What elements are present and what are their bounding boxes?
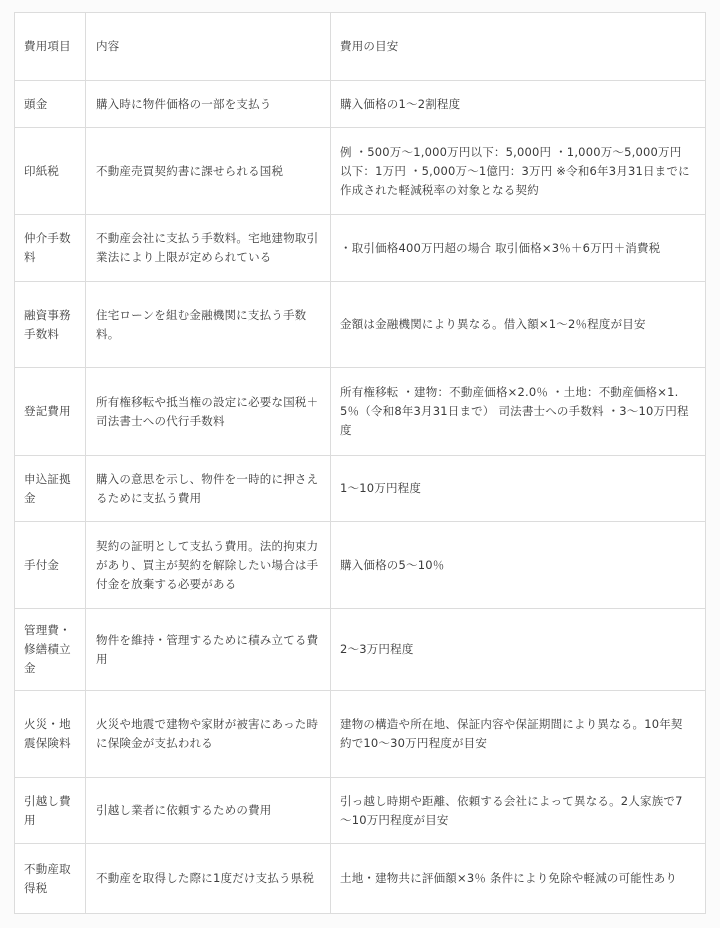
table-row: 融資事務手数料 住宅ローンを組む金融機関に支払う手数料。 金額は金融機関により異… [15, 282, 706, 368]
row-content: 所有権移転や抵当権の設定に必要な国税＋司法書士への代行手数料 [86, 368, 331, 456]
table-row: 管理費・修繕積立金 物件を維持・管理するために積み立てる費用 2～3万円程度 [15, 609, 706, 691]
row-cost: 所有権移転 ・建物：不動産価格×2.0％ ・土地：不動産価格×1.5％（令和8年… [331, 368, 706, 456]
row-item: 不動産取得税 [15, 844, 86, 914]
row-cost: 1～10万円程度 [331, 456, 706, 522]
table-header-row: 費用項目 内容 費用の目安 [15, 13, 706, 81]
row-cost: ・取引価格400万円超の場合 取引価格×3％＋6万円＋消費税 [331, 215, 706, 282]
row-item: 火災・地震保険料 [15, 691, 86, 778]
row-item: 管理費・修繕積立金 [15, 609, 86, 691]
header-cost: 費用の目安 [331, 13, 706, 81]
row-item: 印紙税 [15, 128, 86, 215]
table-row: 申込証拠金 購入の意思を示し、物件を一時的に押さえるために支払う費用 1～10万… [15, 456, 706, 522]
row-cost: 購入価格の1～2割程度 [331, 81, 706, 128]
row-content: 不動産を取得した際に1度だけ支払う県税 [86, 844, 331, 914]
row-cost: 購入価格の5～10％ [331, 522, 706, 609]
row-item: 頭金 [15, 81, 86, 128]
row-content: 引越し業者に依頼するための費用 [86, 778, 331, 844]
header-content: 内容 [86, 13, 331, 81]
table-row: 印紙税 不動産売買契約書に課せられる国税 例 ・500万～1,000万円以下：5… [15, 128, 706, 215]
row-item: 登記費用 [15, 368, 86, 456]
header-item: 費用項目 [15, 13, 86, 81]
row-cost: 土地・建物共に評価額×3％ 条件により免除や軽減の可能性あり [331, 844, 706, 914]
row-content: 住宅ローンを組む金融機関に支払う手数料。 [86, 282, 331, 368]
row-item: 仲介手数料 [15, 215, 86, 282]
cost-table-container: 費用項目 内容 費用の目安 頭金 購入時に物件価格の一部を支払う 購入価格の1～… [14, 12, 705, 914]
table-row: 引越し費用 引越し業者に依頼するための費用 引っ越し時期や距離、依頼する会社によ… [15, 778, 706, 844]
row-content: 契約の証明として支払う費用。法的拘束力があり、買主が契約を解除したい場合は手付金… [86, 522, 331, 609]
table-row: 火災・地震保険料 火災や地震で建物や家財が被害にあった時に保険金が支払われる 建… [15, 691, 706, 778]
table-row: 登記費用 所有権移転や抵当権の設定に必要な国税＋司法書士への代行手数料 所有権移… [15, 368, 706, 456]
row-content: 不動産売買契約書に課せられる国税 [86, 128, 331, 215]
table-row: 仲介手数料 不動産会社に支払う手数料。宅地建物取引業法により上限が定められている… [15, 215, 706, 282]
row-content: 物件を維持・管理するために積み立てる費用 [86, 609, 331, 691]
row-item: 手付金 [15, 522, 86, 609]
row-content: 不動産会社に支払う手数料。宅地建物取引業法により上限が定められている [86, 215, 331, 282]
row-content: 購入時に物件価格の一部を支払う [86, 81, 331, 128]
row-cost: 例 ・500万～1,000万円以下：5,000円 ・1,000万～5,000万円… [331, 128, 706, 215]
row-cost: 金額は金融機関により異なる。借入額×1～2％程度が目安 [331, 282, 706, 368]
table-row: 不動産取得税 不動産を取得した際に1度だけ支払う県税 土地・建物共に評価額×3％… [15, 844, 706, 914]
row-item: 申込証拠金 [15, 456, 86, 522]
row-content: 購入の意思を示し、物件を一時的に押さえるために支払う費用 [86, 456, 331, 522]
table-row: 手付金 契約の証明として支払う費用。法的拘束力があり、買主が契約を解除したい場合… [15, 522, 706, 609]
purchase-costs-table: 費用項目 内容 費用の目安 頭金 購入時に物件価格の一部を支払う 購入価格の1～… [14, 12, 706, 914]
row-item: 融資事務手数料 [15, 282, 86, 368]
row-item: 引越し費用 [15, 778, 86, 844]
table-row: 頭金 購入時に物件価格の一部を支払う 購入価格の1～2割程度 [15, 81, 706, 128]
row-cost: 建物の構造や所在地、保証内容や保証期間により異なる。10年契約で10～30万円程… [331, 691, 706, 778]
row-cost: 2～3万円程度 [331, 609, 706, 691]
row-content: 火災や地震で建物や家財が被害にあった時に保険金が支払われる [86, 691, 331, 778]
row-cost: 引っ越し時期や距離、依頼する会社によって異なる。2人家族で7～10万円程度が目安 [331, 778, 706, 844]
